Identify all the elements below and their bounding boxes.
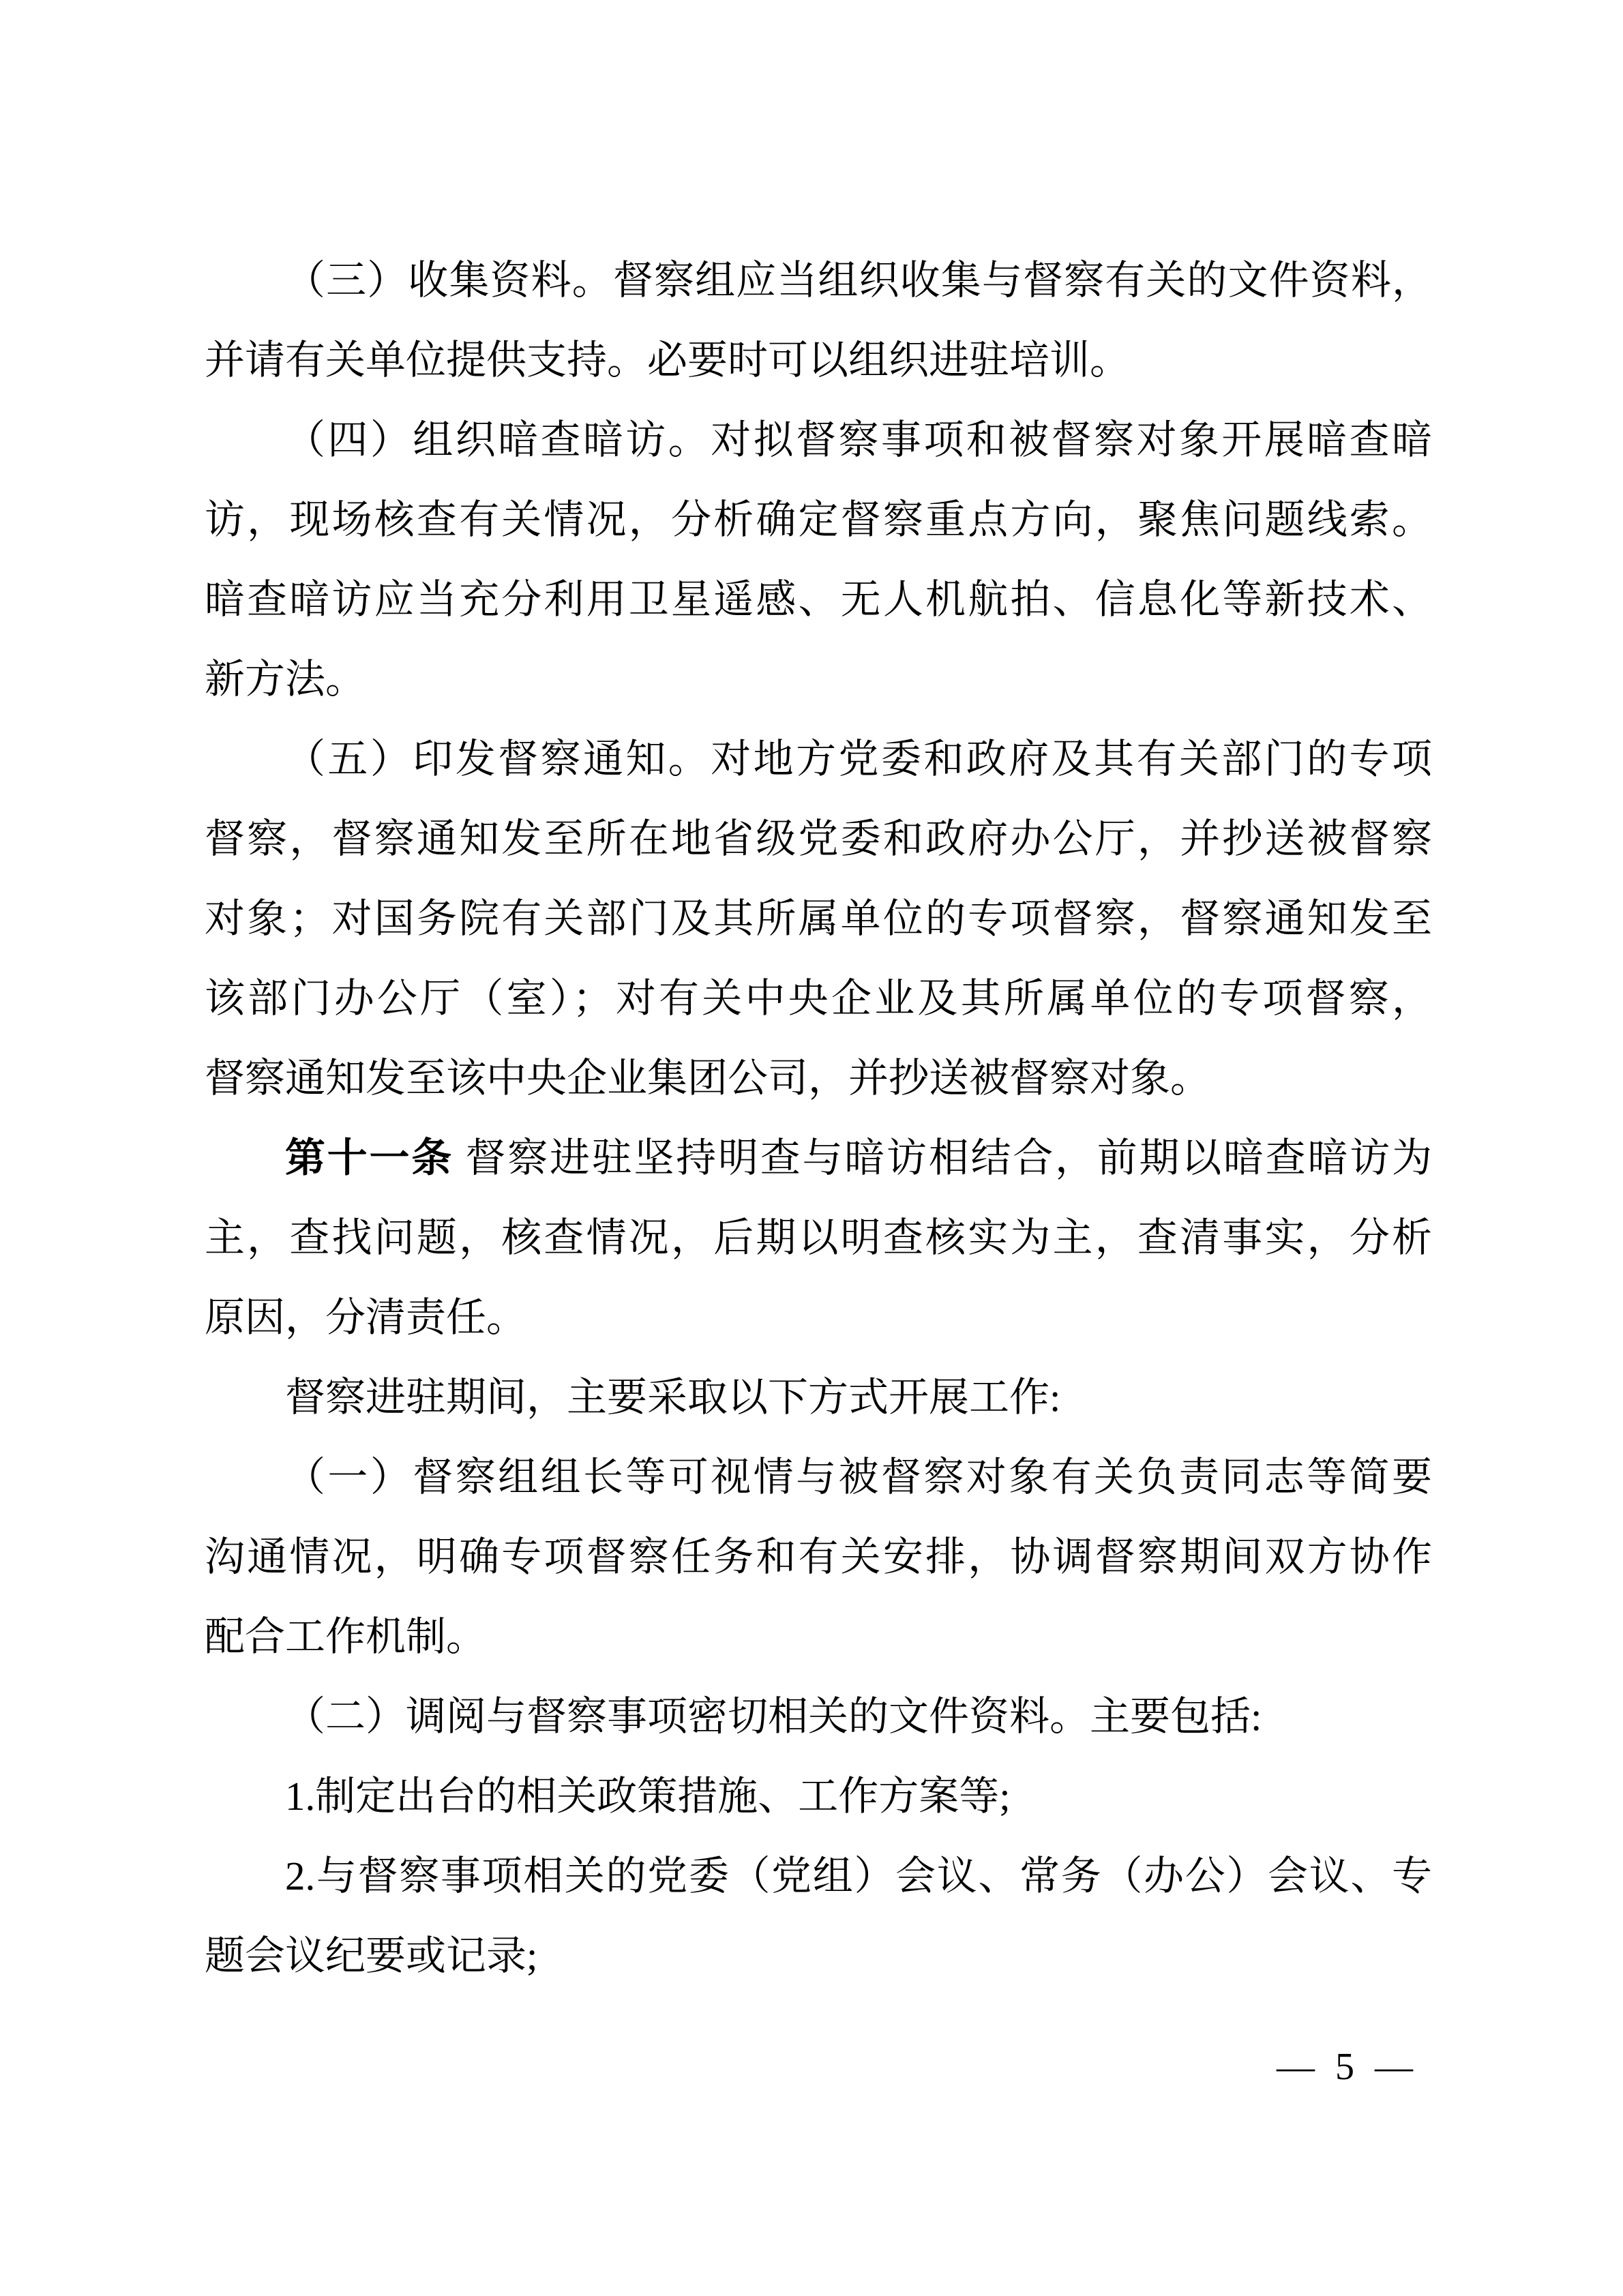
text-line: 督察进驻期间，主要采取以下方式开展工作: [205, 1358, 1432, 1437]
text-segment: 原因，分清责任。 [205, 1295, 526, 1340]
text-line: 并请有关单位提供支持。必要时可以组织进驻培训。 [205, 320, 1432, 400]
text-line: （二）调阅与督察事项密切相关的文件资料。主要包括: [205, 1677, 1432, 1757]
text-segment: 督察，督察通知发至所在地省级党委和政府办公厅，并抄送被督察 [205, 816, 1432, 861]
text-segment: 沟通情况，明确专项督察任务和有关安排，协调督察期间双方协作 [205, 1534, 1432, 1579]
text-line: 配合工作机制。 [205, 1597, 1432, 1677]
text-segment: （一）督察组组长等可视情与被督察对象有关负责同志等简要 [285, 1455, 1432, 1500]
text-line: 第十一条 督察进驻坚持明查与暗访相结合，前期以暗查暗访为 [205, 1118, 1432, 1198]
text-segment: 主，查找问题，核查情况，后期以明查核实为主，查清事实，分析 [205, 1215, 1432, 1260]
text-line: （三）收集资料。督察组应当组织收集与督察有关的文件资料， [205, 241, 1432, 320]
text-line: 暗查暗访应当充分利用卫星遥感、无人机航拍、信息化等新技术、 [205, 560, 1432, 640]
text-line: （五）印发督察通知。对地方党委和政府及其有关部门的专项 [205, 719, 1432, 799]
text-line: 督察通知发至该中央企业集团公司，并抄送被督察对象。 [205, 1039, 1432, 1118]
text-line: 访，现场核查有关情况，分析确定督察重点方向，聚焦问题线索。 [205, 480, 1432, 560]
text-segment: （四）组织暗查暗访。对拟督察事项和被督察对象开展暗查暗 [285, 417, 1432, 462]
text-line: 原因，分清责任。 [205, 1278, 1432, 1358]
text-segment: （二）调阅与督察事项密切相关的文件资料。主要包括: [285, 1694, 1262, 1739]
page-number: — 5 — [1277, 2046, 1413, 2088]
document-body: （三）收集资料。督察组应当组织收集与督察有关的文件资料，并请有关单位提供支持。必… [205, 241, 1432, 1996]
text-segment: 督察通知发至该中央企业集团公司，并抄送被督察对象。 [205, 1056, 1210, 1101]
text-segment: 题会议纪要或记录; [205, 1933, 537, 1978]
text-segment: 2.与督察事项相关的党委（党组）会议、常务（办公）会议、专 [285, 1853, 1432, 1898]
text-segment: （三）收集资料。督察组应当组织收集与督察有关的文件资料， [285, 258, 1432, 303]
article-number: 第十一条 [285, 1135, 453, 1180]
text-line: 对象；对国务院有关部门及其所属单位的专项督察，督察通知发至 [205, 879, 1432, 959]
text-segment: （五）印发督察通知。对地方党委和政府及其有关部门的专项 [285, 736, 1432, 781]
text-line: 主，查找问题，核查情况，后期以明查核实为主，查清事实，分析 [205, 1198, 1432, 1278]
text-line: 1.制定出台的相关政策措施、工作方案等; [205, 1757, 1432, 1836]
text-line: 督察，督察通知发至所在地省级党委和政府办公厅，并抄送被督察 [205, 799, 1432, 879]
text-segment: 该部门办公厅（室）；对有关中央企业及其所属单位的专项督察， [205, 976, 1432, 1021]
text-line: 2.与督察事项相关的党委（党组）会议、常务（办公）会议、专 [205, 1836, 1432, 1916]
document-page: （三）收集资料。督察组应当组织收集与督察有关的文件资料，并请有关单位提供支持。必… [0, 0, 1623, 2296]
text-line: （一）督察组组长等可视情与被督察对象有关负责同志等简要 [205, 1437, 1432, 1517]
text-segment: 配合工作机制。 [205, 1614, 486, 1659]
text-segment: 督察进驻坚持明查与暗访相结合，前期以暗查暗访为 [453, 1135, 1432, 1180]
text-line: 沟通情况，明确专项督察任务和有关安排，协调督察期间双方协作 [205, 1517, 1432, 1597]
text-segment: 督察进驻期间，主要采取以下方式开展工作: [285, 1375, 1060, 1420]
text-segment: 对象；对国务院有关部门及其所属单位的专项督察，督察通知发至 [205, 896, 1432, 941]
text-line: 题会议纪要或记录; [205, 1916, 1432, 1996]
text-segment: 暗查暗访应当充分利用卫星遥感、无人机航拍、信息化等新技术、 [205, 577, 1432, 622]
text-segment: 1.制定出台的相关政策措施、工作方案等; [285, 1774, 1011, 1819]
text-line: 该部门办公厅（室）；对有关中央企业及其所属单位的专项督察， [205, 959, 1432, 1039]
text-segment: 并请有关单位提供支持。必要时可以组织进驻培训。 [205, 338, 1130, 383]
text-line: （四）组织暗查暗访。对拟督察事项和被督察对象开展暗查暗 [205, 400, 1432, 480]
text-segment: 访，现场核查有关情况，分析确定督察重点方向，聚焦问题线索。 [205, 497, 1432, 542]
text-line: 新方法。 [205, 640, 1432, 719]
text-segment: 新方法。 [205, 657, 366, 702]
